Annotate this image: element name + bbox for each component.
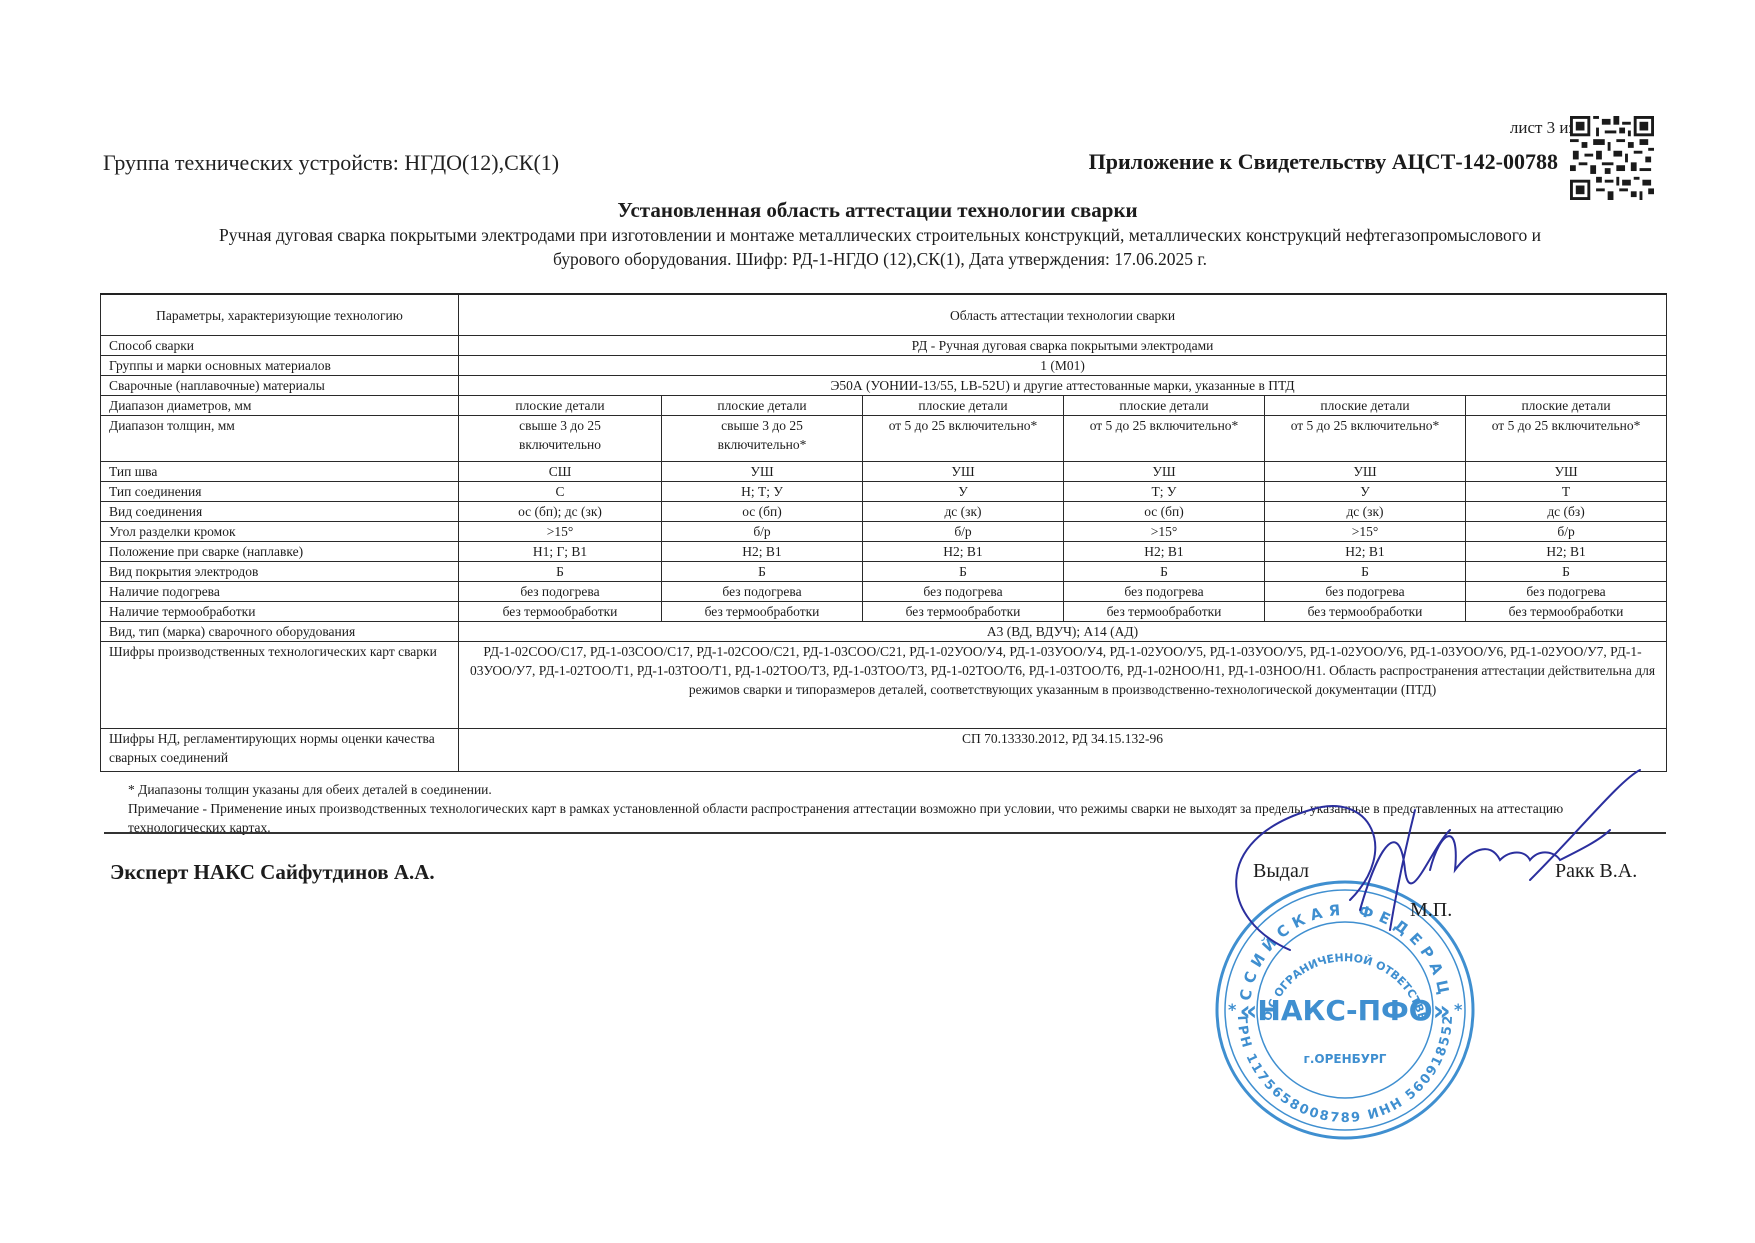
cell: дс (зк) bbox=[863, 502, 1064, 522]
cell: УШ bbox=[1265, 462, 1466, 482]
row-param: Тип соединения bbox=[101, 482, 459, 502]
row-value: А3 (ВД, ВДУЧ); А14 (АД) bbox=[459, 622, 1667, 642]
cell: Т; У bbox=[1064, 482, 1265, 502]
expert-name: Эксперт НАКС Сайфутдинов А.А. bbox=[110, 860, 435, 885]
table-row: Группы и марки основных материалов 1 (М0… bbox=[101, 356, 1667, 376]
svg-text:*: * bbox=[1228, 1000, 1237, 1019]
cell: Б bbox=[662, 562, 863, 582]
cell: без термообработки bbox=[459, 602, 662, 622]
cell: >15° bbox=[459, 522, 662, 542]
row-param: Вид, тип (марка) сварочного оборудования bbox=[101, 622, 459, 642]
table-row: Вид соединения ос (бп); дс (зк) ос (бп) … bbox=[101, 502, 1667, 522]
qr-code-icon bbox=[1570, 115, 1654, 201]
cell: без термообработки bbox=[1265, 602, 1466, 622]
cell: Н2; В1 bbox=[1064, 542, 1265, 562]
table-row: Сварочные (наплавочные) материалы Э50А (… bbox=[101, 376, 1667, 396]
cell: без подогрева bbox=[459, 582, 662, 602]
document-title: Установленная область аттестации техноло… bbox=[0, 198, 1755, 223]
table-row: Наличие термообработки без термообработк… bbox=[101, 602, 1667, 622]
cell: плоские детали bbox=[1265, 396, 1466, 416]
table-row: Положение при сварке (наплавке) Н1; Г; В… bbox=[101, 542, 1667, 562]
cell: б/р bbox=[662, 522, 863, 542]
cell: б/р bbox=[863, 522, 1064, 542]
cell: от 5 до 25 включительно* bbox=[863, 416, 1064, 462]
cell: без термообработки bbox=[662, 602, 863, 622]
document-subtitle: Ручная дуговая сварка покрытыми электрод… bbox=[110, 223, 1650, 271]
cell: от 5 до 25 включительно* bbox=[1265, 416, 1466, 462]
cell: СШ bbox=[459, 462, 662, 482]
row-param: Диапазон диаметров, мм bbox=[101, 396, 459, 416]
cell: без термообработки bbox=[1064, 602, 1265, 622]
table-row: Способ сварки РД - Ручная дуговая сварка… bbox=[101, 336, 1667, 356]
cell: дс (зк) bbox=[1265, 502, 1466, 522]
cell: Н2; В1 bbox=[1265, 542, 1466, 562]
cell: С bbox=[459, 482, 662, 502]
cell: Н; Т; У bbox=[662, 482, 863, 502]
cell: У bbox=[863, 482, 1064, 502]
cell: Б bbox=[863, 562, 1064, 582]
row-param: Наличие термообработки bbox=[101, 602, 459, 622]
cell: без подогрева bbox=[662, 582, 863, 602]
cell: свыше 3 до 25 включительно bbox=[459, 416, 662, 462]
table-row-equipment: Вид, тип (марка) сварочного оборудования… bbox=[101, 622, 1667, 642]
cell: без термообработки bbox=[863, 602, 1064, 622]
cell: УШ bbox=[1466, 462, 1667, 482]
cell: ос (бп) bbox=[662, 502, 863, 522]
cell: б/р bbox=[1466, 522, 1667, 542]
cell: Н1; Г; В1 bbox=[459, 542, 662, 562]
cell: без подогрева bbox=[863, 582, 1064, 602]
row-param: Вид покрытия электродов bbox=[101, 562, 459, 582]
table-row-thickness: Диапазон толщин, мм свыше 3 до 25 включи… bbox=[101, 416, 1667, 462]
cell: без подогрева bbox=[1064, 582, 1265, 602]
cell: без термообработки bbox=[1466, 602, 1667, 622]
cell: Б bbox=[459, 562, 662, 582]
cell: свыше 3 до 25 включительно* bbox=[662, 416, 863, 462]
cell: без подогрева bbox=[1265, 582, 1466, 602]
cell: от 5 до 25 включительно* bbox=[1064, 416, 1265, 462]
svg-text:г.ОРЕНБУРГ: г.ОРЕНБУРГ bbox=[1304, 1052, 1387, 1066]
row-param: Сварочные (наплавочные) материалы bbox=[101, 376, 459, 396]
row-value: Э50А (УОНИИ-13/55, LB-52U) и другие атте… bbox=[459, 376, 1667, 396]
cell: Б bbox=[1466, 562, 1667, 582]
cell: >15° bbox=[1064, 522, 1265, 542]
subtitle-line-2: бурового оборудования. Шифр: РД-1-НГДО (… bbox=[110, 247, 1650, 271]
row-param: Группы и марки основных материалов bbox=[101, 356, 459, 376]
issuer-name: Ракк В.А. bbox=[1555, 860, 1637, 883]
cell: плоские детали bbox=[662, 396, 863, 416]
cell: ос (бп); дс (зк) bbox=[459, 502, 662, 522]
cell: У bbox=[1265, 482, 1466, 502]
svg-text:*: * bbox=[1454, 1000, 1463, 1019]
row-param: Шифры НД, регламентирующих нормы оценки … bbox=[101, 729, 459, 772]
seal-place-label: М.П. bbox=[1410, 899, 1452, 922]
cell: Б bbox=[1064, 562, 1265, 582]
cell: >15° bbox=[1265, 522, 1466, 542]
appendix-title: Приложение к Свидетельству АЦСТ-142-0078… bbox=[1020, 149, 1558, 175]
cell: УШ bbox=[863, 462, 1064, 482]
sheet-number: лист 3 из 4 bbox=[1460, 118, 1588, 138]
row-param: Вид соединения bbox=[101, 502, 459, 522]
table-row: Тип шва СШ УШ УШ УШ УШ УШ bbox=[101, 462, 1667, 482]
cell: УШ bbox=[662, 462, 863, 482]
table-row: Тип соединения С Н; Т; У У Т; У У Т bbox=[101, 482, 1667, 502]
table-row: Вид покрытия электродов Б Б Б Б Б Б bbox=[101, 562, 1667, 582]
row-param: Шифры производственных технологических к… bbox=[101, 642, 459, 729]
cell: дс (бз) bbox=[1466, 502, 1667, 522]
cell: Б bbox=[1265, 562, 1466, 582]
cell: УШ bbox=[1064, 462, 1265, 482]
table-row: Угол разделки кромок >15° б/р б/р >15° >… bbox=[101, 522, 1667, 542]
row-param: Способ сварки bbox=[101, 336, 459, 356]
cell: от 5 до 25 включительно* bbox=[1466, 416, 1667, 462]
table-row-process-cards: Шифры производственных технологических к… bbox=[101, 642, 1667, 729]
row-value: РД-1-02СОО/С17, РД-1-03СОО/С17, РД-1-02С… bbox=[459, 642, 1667, 729]
row-param: Наличие подогрева bbox=[101, 582, 459, 602]
cell: Т bbox=[1466, 482, 1667, 502]
row-param: Положение при сварке (наплавке) bbox=[101, 542, 459, 562]
cell: плоские детали bbox=[1466, 396, 1667, 416]
cell: без подогрева bbox=[1466, 582, 1667, 602]
cell: Н2; В1 bbox=[863, 542, 1064, 562]
cell: плоские детали bbox=[863, 396, 1064, 416]
cell: Н2; В1 bbox=[662, 542, 863, 562]
issued-label: Выдал bbox=[1253, 860, 1309, 883]
cell: плоские детали bbox=[1064, 396, 1265, 416]
row-value: 1 (М01) bbox=[459, 356, 1667, 376]
header-scope-col: Область аттестации технологии сварки bbox=[459, 294, 1667, 336]
table-header-row: Параметры, характеризующие технологию Об… bbox=[101, 294, 1667, 336]
cell: плоские детали bbox=[459, 396, 662, 416]
attestation-table: Параметры, характеризующие технологию Об… bbox=[100, 293, 1667, 772]
svg-text:«НАКС-ПФО»: «НАКС-ПФО» bbox=[1239, 994, 1450, 1027]
row-value: РД - Ручная дуговая сварка покрытыми эле… bbox=[459, 336, 1667, 356]
cell: ос (бп) bbox=[1064, 502, 1265, 522]
table-row: Наличие подогрева без подогрева без подо… bbox=[101, 582, 1667, 602]
row-param: Тип шва bbox=[101, 462, 459, 482]
device-group-label: Группа технических устройств: НГДО(12),С… bbox=[103, 150, 559, 176]
header-param-col: Параметры, характеризующие технологию bbox=[101, 294, 459, 336]
row-param: Угол разделки кромок bbox=[101, 522, 459, 542]
table-row-diameter: Диапазон диаметров, мм плоские детали пл… bbox=[101, 396, 1667, 416]
subtitle-line-1: Ручная дуговая сварка покрытыми электрод… bbox=[110, 223, 1650, 247]
cell: Н2; В1 bbox=[1466, 542, 1667, 562]
row-param: Диапазон толщин, мм bbox=[101, 416, 459, 462]
